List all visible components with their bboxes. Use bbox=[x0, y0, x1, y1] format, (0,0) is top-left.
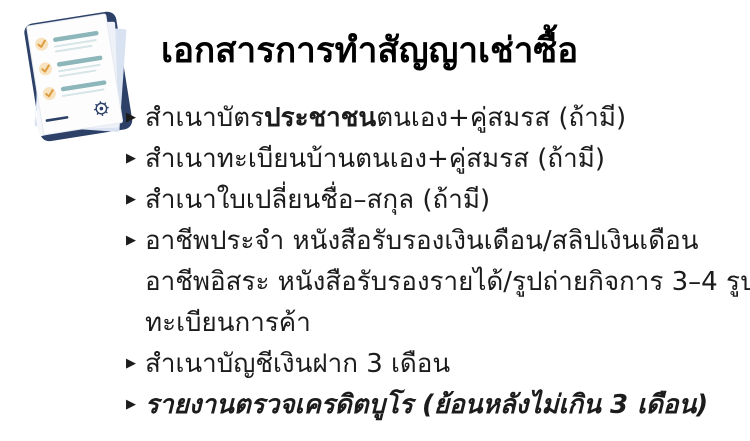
item-text-segment: อาชีพประจำ หนังสือรับรองเงินเดือน/สลิปเง… bbox=[145, 226, 698, 256]
checklist: ▶ สำเนาบัตรประชาชนตนเอง+คู่สมรส (ถ้ามี) … bbox=[126, 97, 736, 425]
item-text-segment: สำเนาบัตร bbox=[145, 103, 264, 133]
bullet-triangle-icon: ▶ bbox=[126, 398, 145, 411]
item-text-segment: ประชาชน bbox=[264, 103, 376, 133]
item-text-segment: รายงานตรวจเครดิตบูโร (ย้อนหลังไม่เกิน 3 … bbox=[145, 390, 708, 420]
item-text-segment: อาชีพอิสระ หนังสือรับรองรายได้/รูปถ่ายกิ… bbox=[145, 267, 750, 297]
bullet-triangle-icon: ▶ bbox=[126, 111, 145, 124]
checklist-item-trade-registration: ทะเบียนการค้า bbox=[126, 302, 736, 343]
checklist-item-bank-statement: ▶ สำเนาบัญชีเงินฝาก 3 เดือน bbox=[126, 343, 736, 384]
bullet-triangle-icon: ▶ bbox=[126, 152, 145, 165]
checklist-item-copy-id-card: ▶ สำเนาบัตรประชาชนตนเอง+คู่สมรส (ถ้ามี) bbox=[126, 97, 736, 138]
document-page: เอกสารการทำสัญญาเช่าซื้อ ▶ สำเนาบัตรประช… bbox=[0, 0, 750, 441]
page-title: เอกสารการทำสัญญาเช่าซื้อ bbox=[161, 24, 578, 78]
item-text-segment: สำเนาบัญชีเงินฝาก 3 เดือน bbox=[145, 349, 450, 379]
item-text: ทะเบียนการค้า bbox=[145, 310, 311, 336]
item-text: สำเนาทะเบียนบ้านตนเอง+คู่สมรส (ถ้ามี) bbox=[145, 146, 605, 172]
item-text-segment: ทะเบียนการค้า bbox=[145, 308, 311, 338]
bullet-triangle-icon: ▶ bbox=[126, 234, 145, 247]
item-text: อาชีพประจำ หนังสือรับรองเงินเดือน/สลิปเง… bbox=[145, 228, 698, 254]
bullet-triangle-icon: ▶ bbox=[126, 357, 145, 370]
checklist-item-copy-house-registration: ▶ สำเนาทะเบียนบ้านตนเอง+คู่สมรส (ถ้ามี) bbox=[126, 138, 736, 179]
item-text: รายงานตรวจเครดิตบูโร (ย้อนหลังไม่เกิน 3 … bbox=[145, 392, 708, 418]
checklist-item-occupation-salaried: ▶ อาชีพประจำ หนังสือรับรองเงินเดือน/สลิป… bbox=[126, 220, 736, 261]
checklist-item-copy-name-change: ▶ สำเนาใบเปลี่ยนชื่อ–สกุล (ถ้ามี) bbox=[126, 179, 736, 220]
item-text-segment: ตนเอง+คู่สมรส (ถ้ามี) bbox=[376, 103, 626, 133]
checklist-item-occupation-freelance: อาชีพอิสระ หนังสือรับรองรายได้/รูปถ่ายกิ… bbox=[126, 261, 736, 302]
item-text: อาชีพอิสระ หนังสือรับรองรายได้/รูปถ่ายกิ… bbox=[145, 269, 750, 295]
item-text: สำเนาใบเปลี่ยนชื่อ–สกุล (ถ้ามี) bbox=[145, 187, 490, 213]
checklist-item-credit-bureau-report: ▶ รายงานตรวจเครดิตบูโร (ย้อนหลังไม่เกิน … bbox=[126, 384, 736, 425]
item-text-segment: สำเนาทะเบียนบ้านตนเอง+คู่สมรส (ถ้ามี) bbox=[145, 144, 605, 174]
item-text-segment: สำเนาใบเปลี่ยนชื่อ–สกุล (ถ้ามี) bbox=[145, 185, 490, 215]
bullet-triangle-icon: ▶ bbox=[126, 193, 145, 206]
item-text: สำเนาบัตรประชาชนตนเอง+คู่สมรส (ถ้ามี) bbox=[145, 105, 626, 131]
item-text: สำเนาบัญชีเงินฝาก 3 เดือน bbox=[145, 351, 450, 377]
